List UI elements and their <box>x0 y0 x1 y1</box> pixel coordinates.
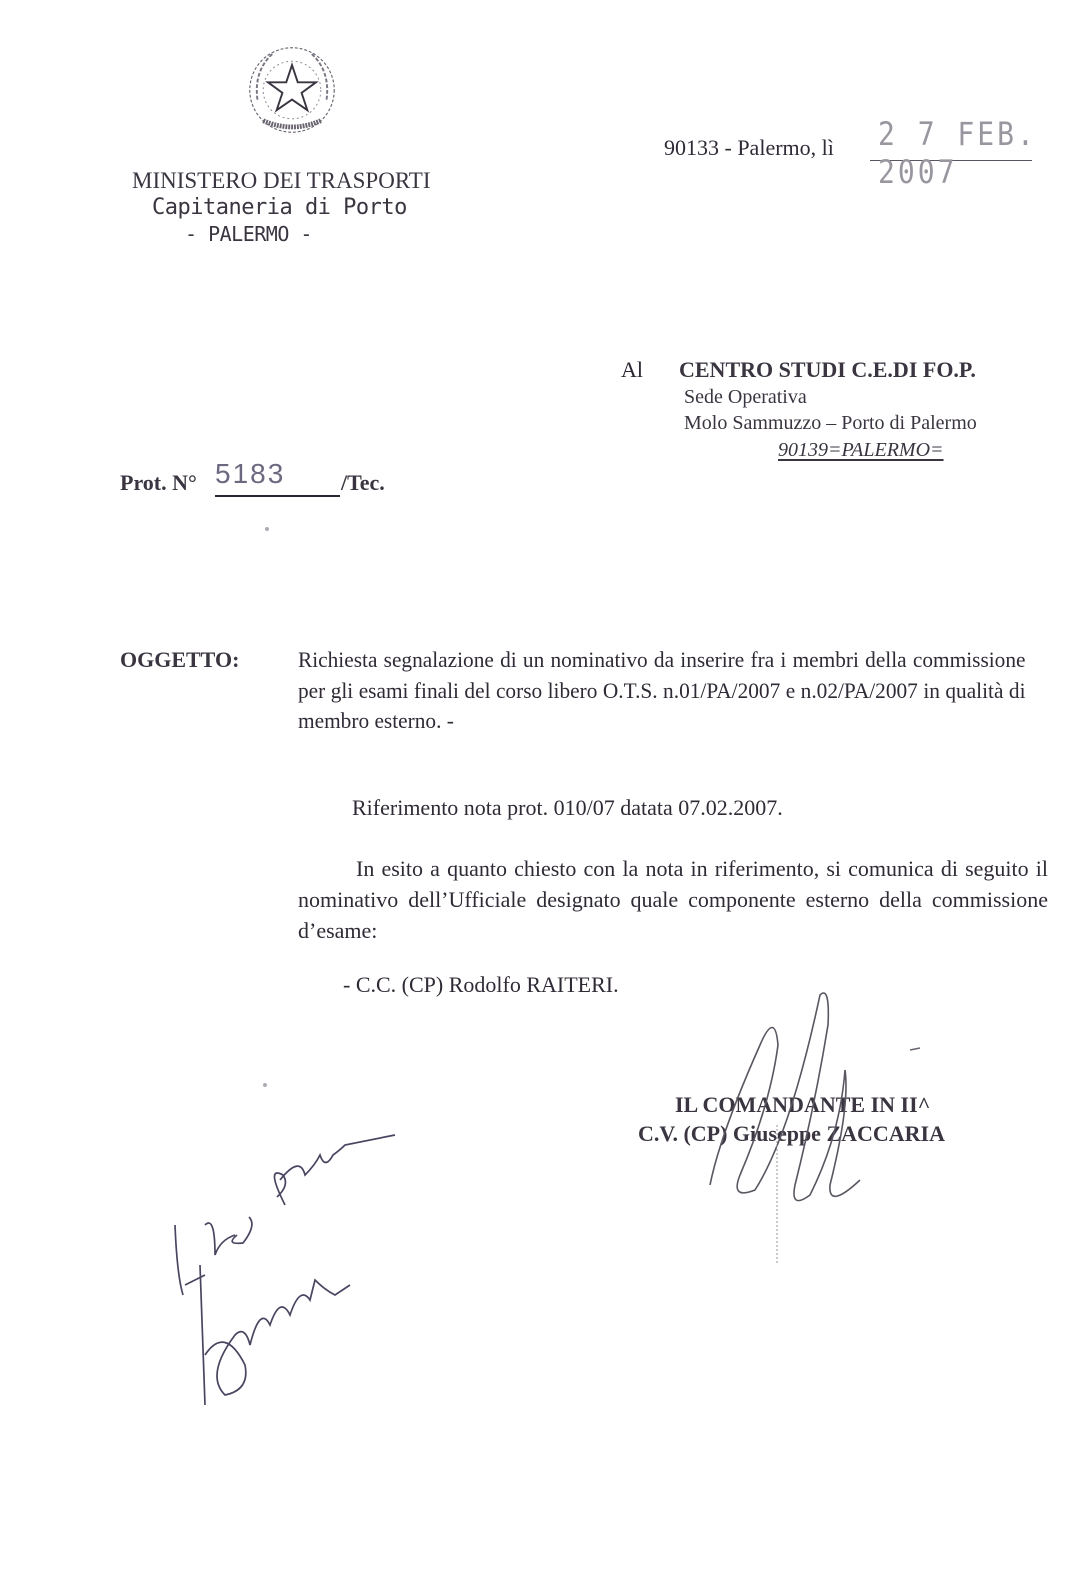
date-stamp: 2 7 FEB. 2007 <box>878 115 1089 191</box>
signature-scribble-icon <box>700 985 940 1265</box>
subject-label: OGGETTO: <box>120 647 239 673</box>
protocol-underline <box>215 495 340 497</box>
italian-republic-emblem-icon <box>244 42 340 138</box>
designee-line: - C.C. (CP) Rodolfo RAITERI. <box>343 972 619 998</box>
subject-text: Richiesta segnalazione di un nominativo … <box>298 645 1026 737</box>
place-date-label: 90133 - Palermo, lì <box>664 135 834 161</box>
office-name: Capitaneria di Porto <box>152 195 407 220</box>
office-city: - PALERMO - <box>185 222 312 246</box>
recipient-prefix: Al <box>621 357 643 383</box>
handwritten-annotation-icon <box>165 1125 405 1405</box>
protocol-label: Prot. N° <box>120 470 197 496</box>
scan-speck <box>263 1083 267 1087</box>
protocol-number-handwritten: 5183 <box>215 458 285 490</box>
recipient-name: CENTRO STUDI C.E.DI FO.P. <box>679 357 976 383</box>
reference-line: Riferimento nota prot. 010/07 datata 07.… <box>352 795 783 821</box>
scan-speck <box>265 527 269 531</box>
protocol-suffix: /Tec. <box>341 470 385 496</box>
recipient-address-line: Molo Sammuzzo – Porto di Palermo <box>684 412 977 435</box>
body-paragraph: In esito a quanto chiesto con la nota in… <box>298 853 1048 946</box>
recipient-address-line: Sede Operativa <box>684 386 807 409</box>
ministry-name: MINISTERO DEI TRASPORTI <box>132 168 430 194</box>
recipient-postal-code: 90139=PALERMO= <box>778 439 944 462</box>
